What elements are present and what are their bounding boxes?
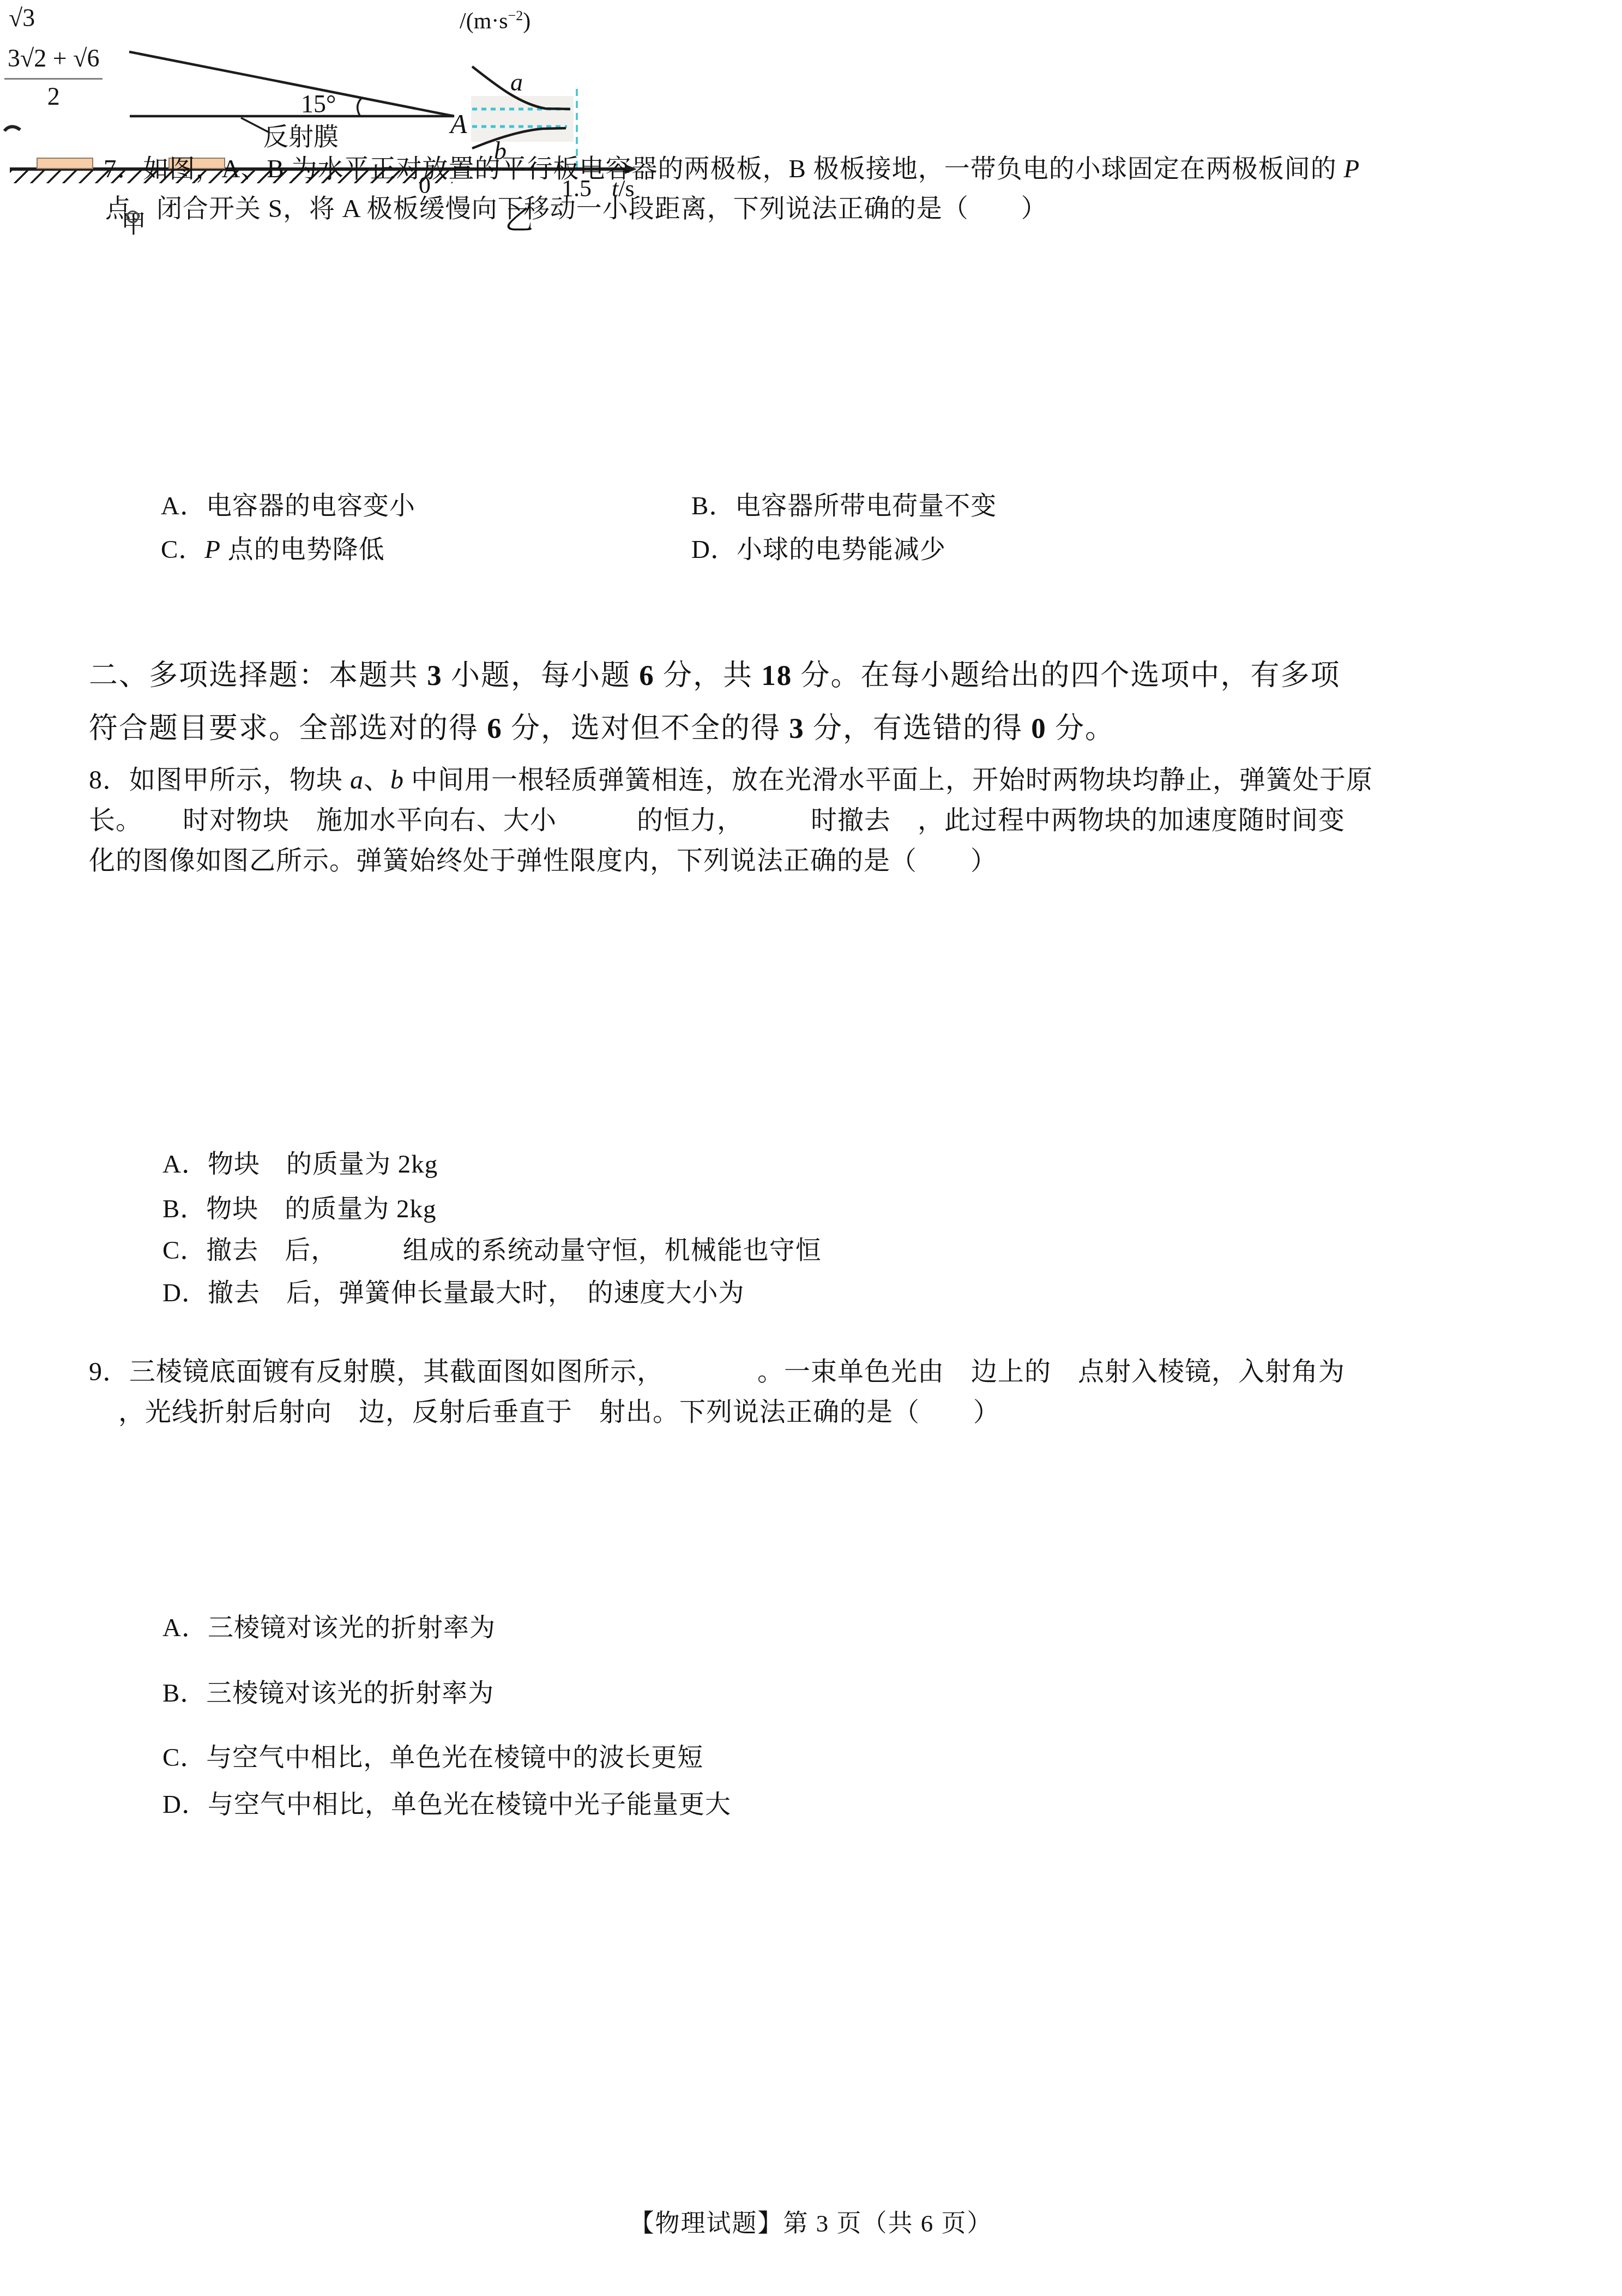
exam-page: { "figure": { "math": { "sqrt3": "√3", "… [0,0,1622,2296]
page-footer: 【物理试题】第 3 页（共 6 页） [0,2203,1622,2239]
q8-line3: 化的图像如图乙所示。弹簧始终处于弹性限度内，下列说法正确的是（ ） [89,846,997,877]
math-sqrt3: √3 [9,3,35,33]
q7-option-b: B．电容器所带电荷量不变 [691,491,997,521]
q7-option-a: A．电容器的电容变小 [161,491,415,521]
q7-option-d: D．小球的电势能减少 [691,535,946,565]
q8-option-d: D．撤去 后，弹簧伸长量最大时， 的速度大小为 [162,1278,744,1308]
q9-line1: 9．三棱镜底面镀有反射膜，其截面图如图所示， 。一束单色光由 边上的 点射入棱镜… [89,1357,1345,1388]
q9-line2: ，光线折射后射向 边，反射后垂直于 射出。下列说法正确的是（ ） [92,1397,1000,1428]
block-a [37,158,93,169]
q7-option-c: C．P 点的电势降低 [161,535,385,565]
prism-angle-label: 15° [301,89,336,119]
graph-highlight-band [471,96,574,142]
q9-option-a: A．三棱镜对该光的折射率为 [162,1613,496,1643]
q9-option-b: B．三棱镜对该光的折射率为 [162,1679,494,1709]
q8-option-a: A．物块 的质量为 2kg [162,1150,438,1180]
q7-line1: 7．如图，A、B 为水平正对放置的平行板电容器的两极板，B 极板接地，一带负电的… [104,154,1360,184]
section2-heading-line1: 二、多项选择题：本题共 3 小题，每小题 6 分，共 18 分。在每小题给出的四… [89,659,1341,693]
prism-top-edge [129,52,454,116]
q9-option-d: D．与空气中相比，单色光在棱镜中光子能量更大 [162,1790,731,1820]
angle-arc [358,98,361,116]
cutoff-stroke [4,127,20,131]
q8-option-b: B．物块 的质量为 2kg [162,1194,437,1224]
q8-line1: 8．如图甲所示，物块 a、b 中间用一根轻质弹簧相连，放在光滑水平面上，开始时两… [89,765,1373,796]
q7-line2: 闭合开关 S，将 A 极板缓慢向下移动一小段距离，下列说法正确的是（ ） [156,194,1047,224]
q9-option-c: C．与空气中相比，单色光在棱镜中的波长更短 [162,1743,703,1773]
graph-curve-a-label: a [510,68,523,97]
fraction-denominator: 2 [4,82,102,111]
q8-option-c: C．撤去 后， 组成的系统动量守恒，机械能也守恒 [162,1236,822,1266]
prism-film-label: 反射膜 [263,122,339,152]
section2-heading-line2: 符合题目要求。全部选对的得 6 分，选对但不全的得 3 分，有选错的得 0 分。 [89,712,1115,746]
math-fraction: 3√2 + √6 2 [4,44,102,111]
q8-line2: 长。 时对物块 施加水平向右、大小 的恒力， 时撤去 ，此过程中两物块的加速度随… [89,806,1345,837]
fraction-numerator: 3√2 + √6 [4,44,102,80]
graph-y-axis-label: /(m·s−2) [460,8,530,35]
prism-vertex-label: A [450,108,467,140]
spring-circle-icon [126,211,139,223]
